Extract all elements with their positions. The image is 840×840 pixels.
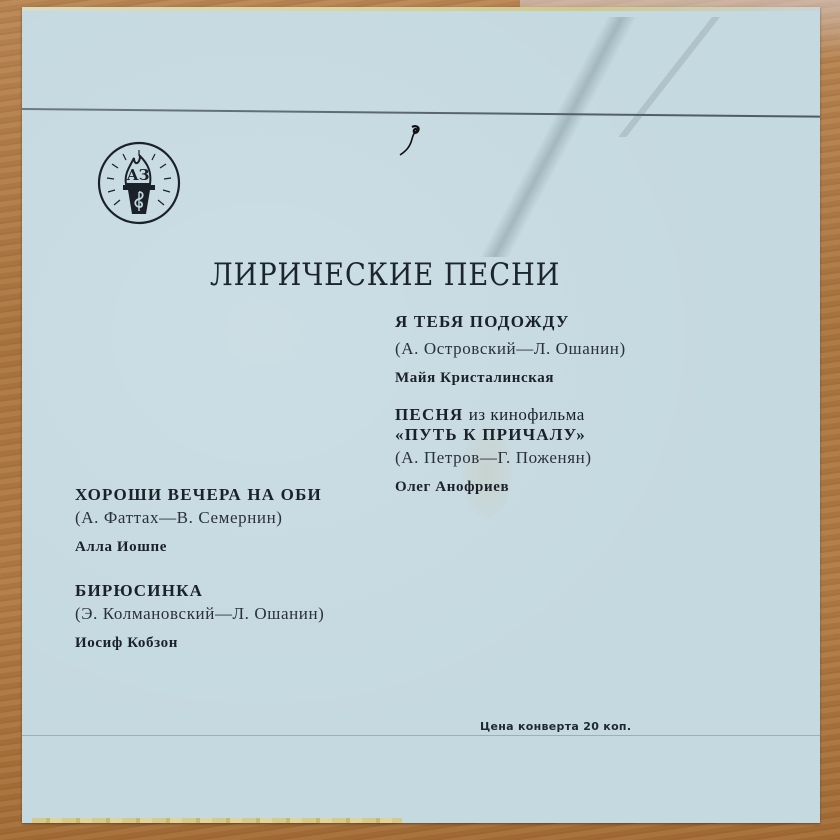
song-title-main: ПЕСНЯ xyxy=(395,405,463,424)
sleeve-top-edge xyxy=(22,7,820,11)
torch-with-treble-clef-logo-icon: АЗ xyxy=(96,140,182,226)
song-performer: Олег Анофриев xyxy=(395,479,592,496)
record-sleeve: АЗ ЛИРИЧЕСКИЕ ПЕСНИ Я ТЕБЯ ПОДОЖДУ (А. О… xyxy=(22,7,820,823)
song-title: БИРЮСИНКА xyxy=(75,581,324,601)
song-title-aside: из кинофильма xyxy=(469,405,585,424)
song-title: Я ТЕБЯ ПОДОЖДУ xyxy=(395,312,626,332)
ink-scribble-icon xyxy=(398,121,424,157)
song-performer: Майя Кристалинская xyxy=(395,370,626,387)
sleeve-crease xyxy=(479,17,637,257)
song-authors: (А. Петров—Г. Поженян) xyxy=(395,447,592,469)
svg-text:АЗ: АЗ xyxy=(126,166,149,184)
song-title: ПЕСНЯ из кинофильма xyxy=(395,405,592,425)
song-block: Я ТЕБЯ ПОДОЖДУ (А. Островский—Л. Ошанин)… xyxy=(395,312,626,387)
song-authors: (А. Фаттах—В. Семернин) xyxy=(75,507,322,529)
song-block: БИРЮСИНКА (Э. Колмановский—Л. Ошанин) Ио… xyxy=(75,581,324,652)
sleeve-price: Цена конверта 20 коп. xyxy=(480,720,631,733)
song-performer: Алла Иошпе xyxy=(75,539,322,556)
song-performer: Иосиф Кобзон xyxy=(75,635,324,652)
song-title: ХОРОШИ ВЕЧЕРА НА ОБИ xyxy=(75,485,322,505)
song-block: ХОРОШИ ВЕЧЕРА НА ОБИ (А. Фаттах—В. Семер… xyxy=(75,485,322,556)
song-block: ПЕСНЯ из кинофильма «ПУТЬ К ПРИЧАЛУ» (А.… xyxy=(395,405,592,496)
sleeve-crease xyxy=(618,17,720,137)
sleeve-bottom-edge xyxy=(32,818,402,823)
sleeve-fold-line xyxy=(22,108,820,118)
song-authors: (А. Островский—Л. Ошанин) xyxy=(395,338,626,360)
song-authors: (Э. Колмановский—Л. Ошанин) xyxy=(75,603,324,625)
film-title: «ПУТЬ К ПРИЧАЛУ» xyxy=(395,425,592,445)
album-title: ЛИРИЧЕСКИЕ ПЕСНИ xyxy=(210,257,560,293)
sleeve-fold-line-bottom xyxy=(22,735,820,736)
